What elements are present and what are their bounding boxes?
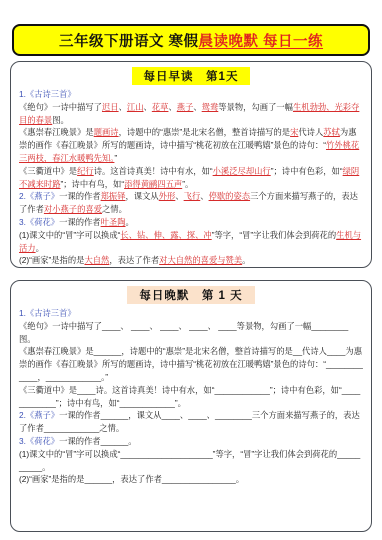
body-text: 《绝句》一诗中描写了 — [19, 102, 102, 112]
paragraph: 《惠崇春江晚景》是______，诗题中的“惠崇”是北宋名僧，整首诗描写的是__代… — [19, 345, 363, 383]
paragraph: (1)课文中的“冒”字可以换成“长、钻、伸、露、探、冲”等字，“冒”字让我们体会… — [19, 229, 363, 255]
body-text: ”。 — [182, 179, 193, 189]
answer-text: 花草 — [152, 102, 169, 112]
answer-text: 江山 — [127, 102, 144, 112]
paragraph: (1)课文中的“冒”字可以换成“____________________”等字，… — [19, 448, 363, 474]
answer-text: 小溪泛尽却山行 — [213, 166, 271, 176]
answer-text: 鸳鸯 — [202, 102, 219, 112]
body-text: 《绝句》一诗中描写了____、 ____、 ____、 ____、 ____等景… — [19, 321, 348, 344]
body-text: ，诗题中的“惠崇”是北宋名僧，整首诗描写的是 — [119, 127, 290, 137]
body-text: 代诗人 — [298, 127, 323, 137]
body-text: (1)课文中的“冒”字可以换成“ — [19, 230, 120, 240]
item-title-text: 2.《燕子》 — [19, 191, 59, 201]
body-text: 图。 — [52, 115, 69, 125]
body-text: 一课的作者 — [59, 191, 101, 201]
paragraph: 3.《荷花》一课的作者叶圣陶。 — [19, 216, 363, 229]
body-text: 一课的作者______，课文从____、____、________三个方面来描写… — [19, 410, 360, 433]
paragraph: (2)“画家”是指的是______，表达了作者________________。 — [19, 473, 363, 486]
body-text: 、 — [119, 102, 127, 112]
answer-text: 停歇的姿态 — [209, 191, 251, 201]
worksheet-title-banner: 三年级下册语文 寒假晨读晚默 每日一练 — [12, 24, 370, 56]
body-text: 之情。 — [102, 204, 127, 214]
answer-text: 对大自然的喜爱与赞美 — [159, 255, 242, 265]
answer-text: 外形 — [159, 191, 176, 201]
section-evening-dictation: 每日晚默 第 1 天 1.《古诗三首》《绝句》一诗中描写了____、 ____、… — [10, 280, 372, 532]
answer-text: 纪行 — [77, 166, 94, 176]
item-title-text: 2.《燕子》 — [19, 410, 59, 420]
paragraph: 1.《古诗三首》 — [19, 88, 363, 101]
paragraph: 《惠崇春江晚景》是题画诗，诗题中的“惠崇”是北宋名僧，整首诗描写的是宋代诗人苏轼… — [19, 126, 363, 164]
paragraph: 2.《燕子》一课的作者______，课文从____、____、________三… — [19, 409, 363, 435]
item-title-text: 1.《古诗三首》 — [19, 89, 76, 99]
title-text-black: 三年级下册语文 寒假 — [59, 30, 199, 51]
body-text: 。 — [242, 255, 250, 265]
body-text: 、 — [200, 191, 208, 201]
body-text: 一课的作者______。 — [59, 436, 136, 446]
item-title-text: 1.《古诗三首》 — [19, 308, 76, 318]
body-text: 。 — [36, 243, 44, 253]
body-text: ”等字，“冒”字让我们体会到荷花的 — [212, 230, 336, 240]
answer-text: 迟日 — [102, 102, 119, 112]
answer-text: 长、钻、伸、露、探、冲 — [120, 230, 211, 240]
section-morning-reading: 每日早读 第1天 1.《古诗三首》《绝句》一诗中描写了迟日、江山、花草、燕子、鸳… — [10, 61, 372, 268]
body-text: ”；诗中有鸟，如“ — [61, 179, 125, 189]
body-text: 《惠崇春江晚景》是______，诗题中的“惠崇”是北宋名僧，整首诗描写的是__代… — [19, 346, 363, 382]
body-text: 一课的作者 — [59, 217, 101, 227]
body-text: 、 — [144, 102, 152, 112]
body-text: ，课文从 — [126, 191, 159, 201]
body-text: 《三衢道中》是 — [19, 166, 77, 176]
answer-text: 飞行 — [184, 191, 201, 201]
paragraph: 3.《荷花》一课的作者______。 — [19, 435, 363, 448]
body-text: 等景物，勾画了一幅 — [218, 102, 293, 112]
body-text: 诗。这首诗真美！诗中有水，如“ — [94, 166, 213, 176]
body-text: ”；诗中有色彩，如“ — [271, 166, 343, 176]
answer-text: 叶圣陶 — [101, 217, 126, 227]
paragraph: 《绝句》一诗中描写了迟日、江山、花草、燕子、鸳鸯等景物，勾画了一幅生机勃勃、光彩… — [19, 101, 363, 127]
paragraph: 《三衢道中》是纪行诗。这首诗真美！诗中有水，如“小溪泛尽却山行”；诗中有色彩，如… — [19, 165, 363, 191]
section-evening-header-label: 每日晚默 第 1 天 — [127, 286, 254, 304]
paragraph: 《三衢道中》是____诗。这首诗真美！诗中有水，如“____________”；… — [19, 384, 363, 410]
body-text: 、 — [175, 191, 183, 201]
paragraph: (2)“画家”是指的是大自然，表达了作者对大自然的喜爱与赞美。 — [19, 254, 363, 267]
body-text: 、 — [168, 102, 176, 112]
item-title-text: 3.《荷花》 — [19, 217, 59, 227]
body-text: 《惠崇春江晚景》是 — [19, 127, 94, 137]
body-text: ，表达了作者 — [109, 255, 159, 265]
answer-text: 添得黄鹂四五声 — [124, 179, 182, 189]
body-text: (2)“画家”是指的是______，表达了作者________________。 — [19, 474, 244, 484]
body-text: 、 — [193, 102, 201, 112]
section-morning-header-label: 每日早读 第1天 — [132, 67, 251, 85]
paragraph: 2.《燕子》一课的作者郑振铎，课文从外形、飞行、停歇的姿态三个方面来描写燕子的，… — [19, 190, 363, 216]
body-text: (2)“画家”是指的是 — [19, 255, 84, 265]
paragraph: 1.《古诗三首》 — [19, 307, 363, 320]
paragraph: 《绝句》一诗中描写了____、 ____、 ____、 ____、 ____等景… — [19, 320, 363, 346]
answer-text: 郑振铎 — [101, 191, 126, 201]
section-morning-body: 1.《古诗三首》《绝句》一诗中描写了迟日、江山、花草、燕子、鸳鸯等景物，勾画了一… — [19, 88, 363, 267]
answer-text: 对小燕子的喜爱 — [44, 204, 102, 214]
body-text: (1)课文中的“冒”字可以换成“____________________”等字，… — [19, 449, 360, 472]
section-morning-header: 每日早读 第1天 — [19, 67, 363, 85]
title-text-red: 晨读晚默 每日一练 — [199, 30, 324, 51]
answer-text: 燕子 — [177, 102, 194, 112]
worksheet-page: 三年级下册语文 寒假晨读晚默 每日一练 每日早读 第1天 1.《古诗三首》《绝句… — [0, 0, 382, 540]
body-text: ” — [114, 153, 117, 163]
body-text: 。 — [126, 217, 134, 227]
body-text: 《三衢道中》是____诗。这首诗真美！诗中有水，如“____________”；… — [19, 385, 360, 408]
item-title-text: 3.《荷花》 — [19, 436, 59, 446]
section-evening-body: 1.《古诗三首》《绝句》一诗中描写了____、 ____、 ____、 ____… — [19, 307, 363, 486]
section-evening-header: 每日晚默 第 1 天 — [19, 286, 363, 304]
answer-text: 苏轼 — [323, 127, 340, 137]
answer-text: 题画诗 — [94, 127, 119, 137]
answer-text: 大自然 — [84, 255, 109, 265]
